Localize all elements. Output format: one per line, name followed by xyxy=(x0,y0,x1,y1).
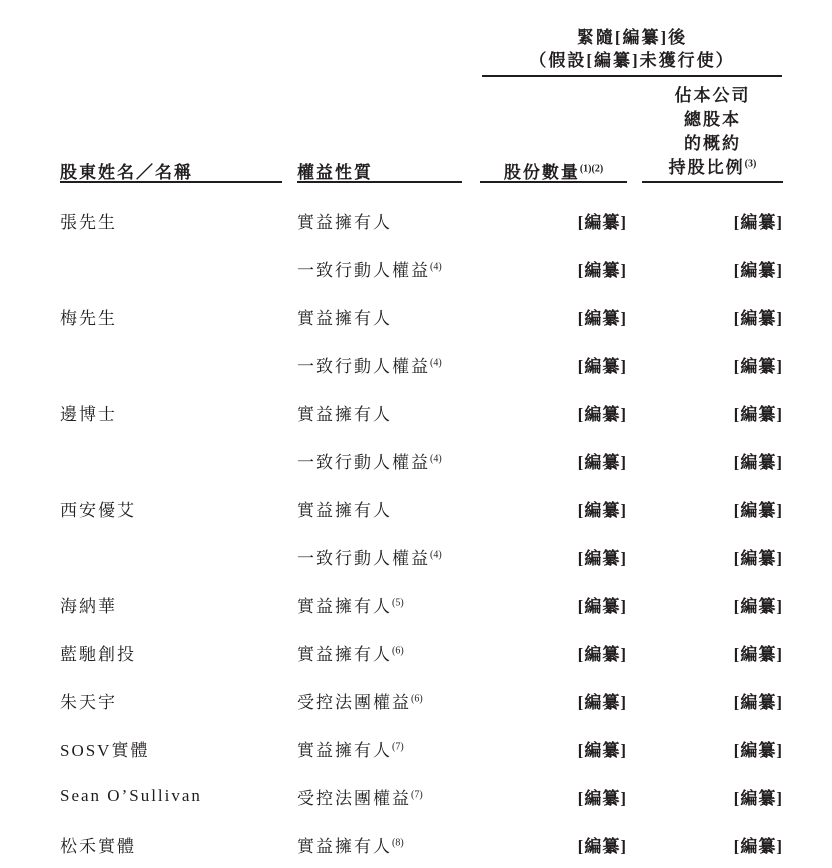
nature-of-interest: 一致行動人權益(4) xyxy=(297,256,480,281)
percent-value: [編纂] xyxy=(627,784,783,809)
percent-header-footnote-ref: (3) xyxy=(745,158,757,169)
shareholder-name: SOSV實體 xyxy=(60,736,297,761)
shares-value: [編纂] xyxy=(480,496,627,521)
table-row: 西安優艾實益擁有人[編纂][編纂] xyxy=(0,484,832,532)
nature-of-interest: 實益擁有人(7) xyxy=(297,736,480,761)
percent-value: [編纂] xyxy=(627,448,783,473)
nature-label: 實益擁有人 xyxy=(297,597,392,616)
column-header-shareholder-name: 股東姓名／名稱 xyxy=(60,158,193,183)
shareholder-name: 西安優艾 xyxy=(60,496,297,521)
nature-of-interest: 實益擁有人(5) xyxy=(297,592,480,617)
shares-value: [編纂] xyxy=(480,784,627,809)
column-header-approx-shareholding-percentage: 佔本公司 總股本 的概約 持股比例(3) xyxy=(642,84,783,180)
nature-label: 一致行動人權益 xyxy=(297,357,430,376)
table-row: 藍馳創投實益擁有人(6)[編纂][編纂] xyxy=(0,628,832,676)
shares-value: [編纂] xyxy=(480,832,627,857)
footnote-ref: (4) xyxy=(430,261,442,272)
table-row: SOSV實體實益擁有人(7)[編纂][編纂] xyxy=(0,724,832,772)
nature-of-interest: 一致行動人權益(4) xyxy=(297,544,480,569)
footnote-ref: (6) xyxy=(392,645,404,656)
shareholder-name: 朱天宇 xyxy=(60,688,297,713)
percent-value: [編纂] xyxy=(627,304,783,329)
nature-label: 實益擁有人 xyxy=(297,741,392,760)
percent-value: [編纂] xyxy=(627,400,783,425)
percent-value: [編纂] xyxy=(627,496,783,521)
table-row: 邊博士實益擁有人[編纂][編纂] xyxy=(0,388,832,436)
group-header-line1: 緊隨[編纂]後 xyxy=(482,26,782,49)
shares-value: [編纂] xyxy=(480,688,627,713)
nature-of-interest: 一致行動人權益(4) xyxy=(297,448,480,473)
percent-header-line1: 佔本公司 xyxy=(642,84,783,108)
nature-label: 實益擁有人 xyxy=(297,405,392,424)
table-row: 梅先生實益擁有人[編纂][編纂] xyxy=(0,292,832,340)
shares-value: [編纂] xyxy=(480,592,627,617)
percent-value: [編纂] xyxy=(627,592,783,617)
footnote-ref: (4) xyxy=(430,453,442,464)
nature-of-interest: 實益擁有人(8) xyxy=(297,832,480,857)
nature-of-interest: 受控法團權益(6) xyxy=(297,688,480,713)
header-rule-number-of-shares xyxy=(480,181,627,183)
shares-value: [編纂] xyxy=(480,448,627,473)
group-header-post-offering: 緊隨[編纂]後 （假設[編纂]未獲行使） xyxy=(482,26,782,77)
shareholder-name: 邊博士 xyxy=(60,400,297,425)
nature-label: 實益擁有人 xyxy=(297,501,392,520)
percent-value: [編纂] xyxy=(627,688,783,713)
nature-label: 實益擁有人 xyxy=(297,837,392,856)
percent-header-line4: 持股比例(3) xyxy=(642,156,783,180)
nature-of-interest: 實益擁有人(6) xyxy=(297,640,480,665)
header-rule-shareholding-percentage xyxy=(642,181,783,183)
shares-value: [編纂] xyxy=(480,208,627,233)
footnote-ref: (7) xyxy=(392,741,404,752)
nature-of-interest: 實益擁有人 xyxy=(297,304,480,329)
nature-label: 受控法團權益 xyxy=(297,789,411,808)
percent-value: [編纂] xyxy=(627,736,783,761)
shares-value: [編纂] xyxy=(480,400,627,425)
nature-label: 實益擁有人 xyxy=(297,645,392,664)
footnote-ref: (5) xyxy=(392,597,404,608)
shareholder-name: 松禾實體 xyxy=(60,832,297,857)
column-header-nature-of-interest: 權益性質 xyxy=(297,158,373,183)
shareholder-name: 張先生 xyxy=(60,208,297,233)
shares-value: [編纂] xyxy=(480,736,627,761)
percent-value: [編纂] xyxy=(627,544,783,569)
percent-header-line2: 總股本 xyxy=(642,108,783,132)
shares-value: [編纂] xyxy=(480,352,627,377)
prospectus-shareholding-table-page: 緊隨[編纂]後 （假設[編纂]未獲行使） 股東姓名／名稱 權益性質 股份數量(1… xyxy=(0,0,832,868)
shares-value: [編纂] xyxy=(480,304,627,329)
percent-header-line3: 的概約 xyxy=(642,132,783,156)
nature-of-interest: 實益擁有人 xyxy=(297,496,480,521)
nature-of-interest: 一致行動人權益(4) xyxy=(297,352,480,377)
nature-label: 一致行動人權益 xyxy=(297,453,430,472)
shareholder-name: 藍馳創投 xyxy=(60,640,297,665)
header-rule-shareholder-name xyxy=(60,181,282,183)
percent-value: [編纂] xyxy=(627,352,783,377)
percent-value: [編纂] xyxy=(627,256,783,281)
nature-of-interest: 實益擁有人 xyxy=(297,400,480,425)
shares-value: [編纂] xyxy=(480,256,627,281)
percent-value: [編纂] xyxy=(627,832,783,857)
percent-header-label: 持股比例 xyxy=(669,158,745,177)
table-row: 一致行動人權益(4)[編纂][編纂] xyxy=(0,436,832,484)
percent-value: [編纂] xyxy=(627,208,783,233)
shares-header-label: 股份數量 xyxy=(504,163,580,182)
footnote-ref: (4) xyxy=(430,549,442,560)
footnote-ref: (7) xyxy=(411,789,423,800)
shareholder-name: 梅先生 xyxy=(60,304,297,329)
group-header-line2: （假設[編纂]未獲行使） xyxy=(482,49,782,72)
table-row: 一致行動人權益(4)[編纂][編纂] xyxy=(0,532,832,580)
table-row: 張先生實益擁有人[編纂][編纂] xyxy=(0,196,832,244)
table-row: 松禾實體實益擁有人(8)[編纂][編纂] xyxy=(0,820,832,868)
shares-header-footnote-ref: (1)(2) xyxy=(580,163,603,174)
footnote-ref: (6) xyxy=(411,693,423,704)
footnote-ref: (4) xyxy=(430,357,442,368)
nature-label: 實益擁有人 xyxy=(297,213,392,232)
header-rule-nature-of-interest xyxy=(297,181,462,183)
shares-value: [編纂] xyxy=(480,640,627,665)
nature-of-interest: 實益擁有人 xyxy=(297,208,480,233)
table-row: Sean O’Sullivan受控法團權益(7)[編纂][編纂] xyxy=(0,772,832,820)
table-row: 海納華實益擁有人(5)[編纂][編纂] xyxy=(0,580,832,628)
table-row: 一致行動人權益(4)[編纂][編纂] xyxy=(0,340,832,388)
shareholder-name: Sean O’Sullivan xyxy=(60,786,297,806)
shareholder-name: 海納華 xyxy=(60,592,297,617)
nature-label: 一致行動人權益 xyxy=(297,549,430,568)
nature-label: 一致行動人權益 xyxy=(297,261,430,280)
footnote-ref: (8) xyxy=(392,837,404,848)
nature-of-interest: 受控法團權益(7) xyxy=(297,784,480,809)
table-row: 一致行動人權益(4)[編纂][編纂] xyxy=(0,244,832,292)
table-row: 朱天宇受控法團權益(6)[編纂][編纂] xyxy=(0,676,832,724)
nature-label: 受控法團權益 xyxy=(297,693,411,712)
table-body: 張先生實益擁有人[編纂][編纂]一致行動人權益(4)[編纂][編纂]梅先生實益擁… xyxy=(0,196,832,868)
nature-label: 實益擁有人 xyxy=(297,309,392,328)
shares-value: [編纂] xyxy=(480,544,627,569)
percent-value: [編纂] xyxy=(627,640,783,665)
column-header-number-of-shares: 股份數量(1)(2) xyxy=(480,158,627,183)
